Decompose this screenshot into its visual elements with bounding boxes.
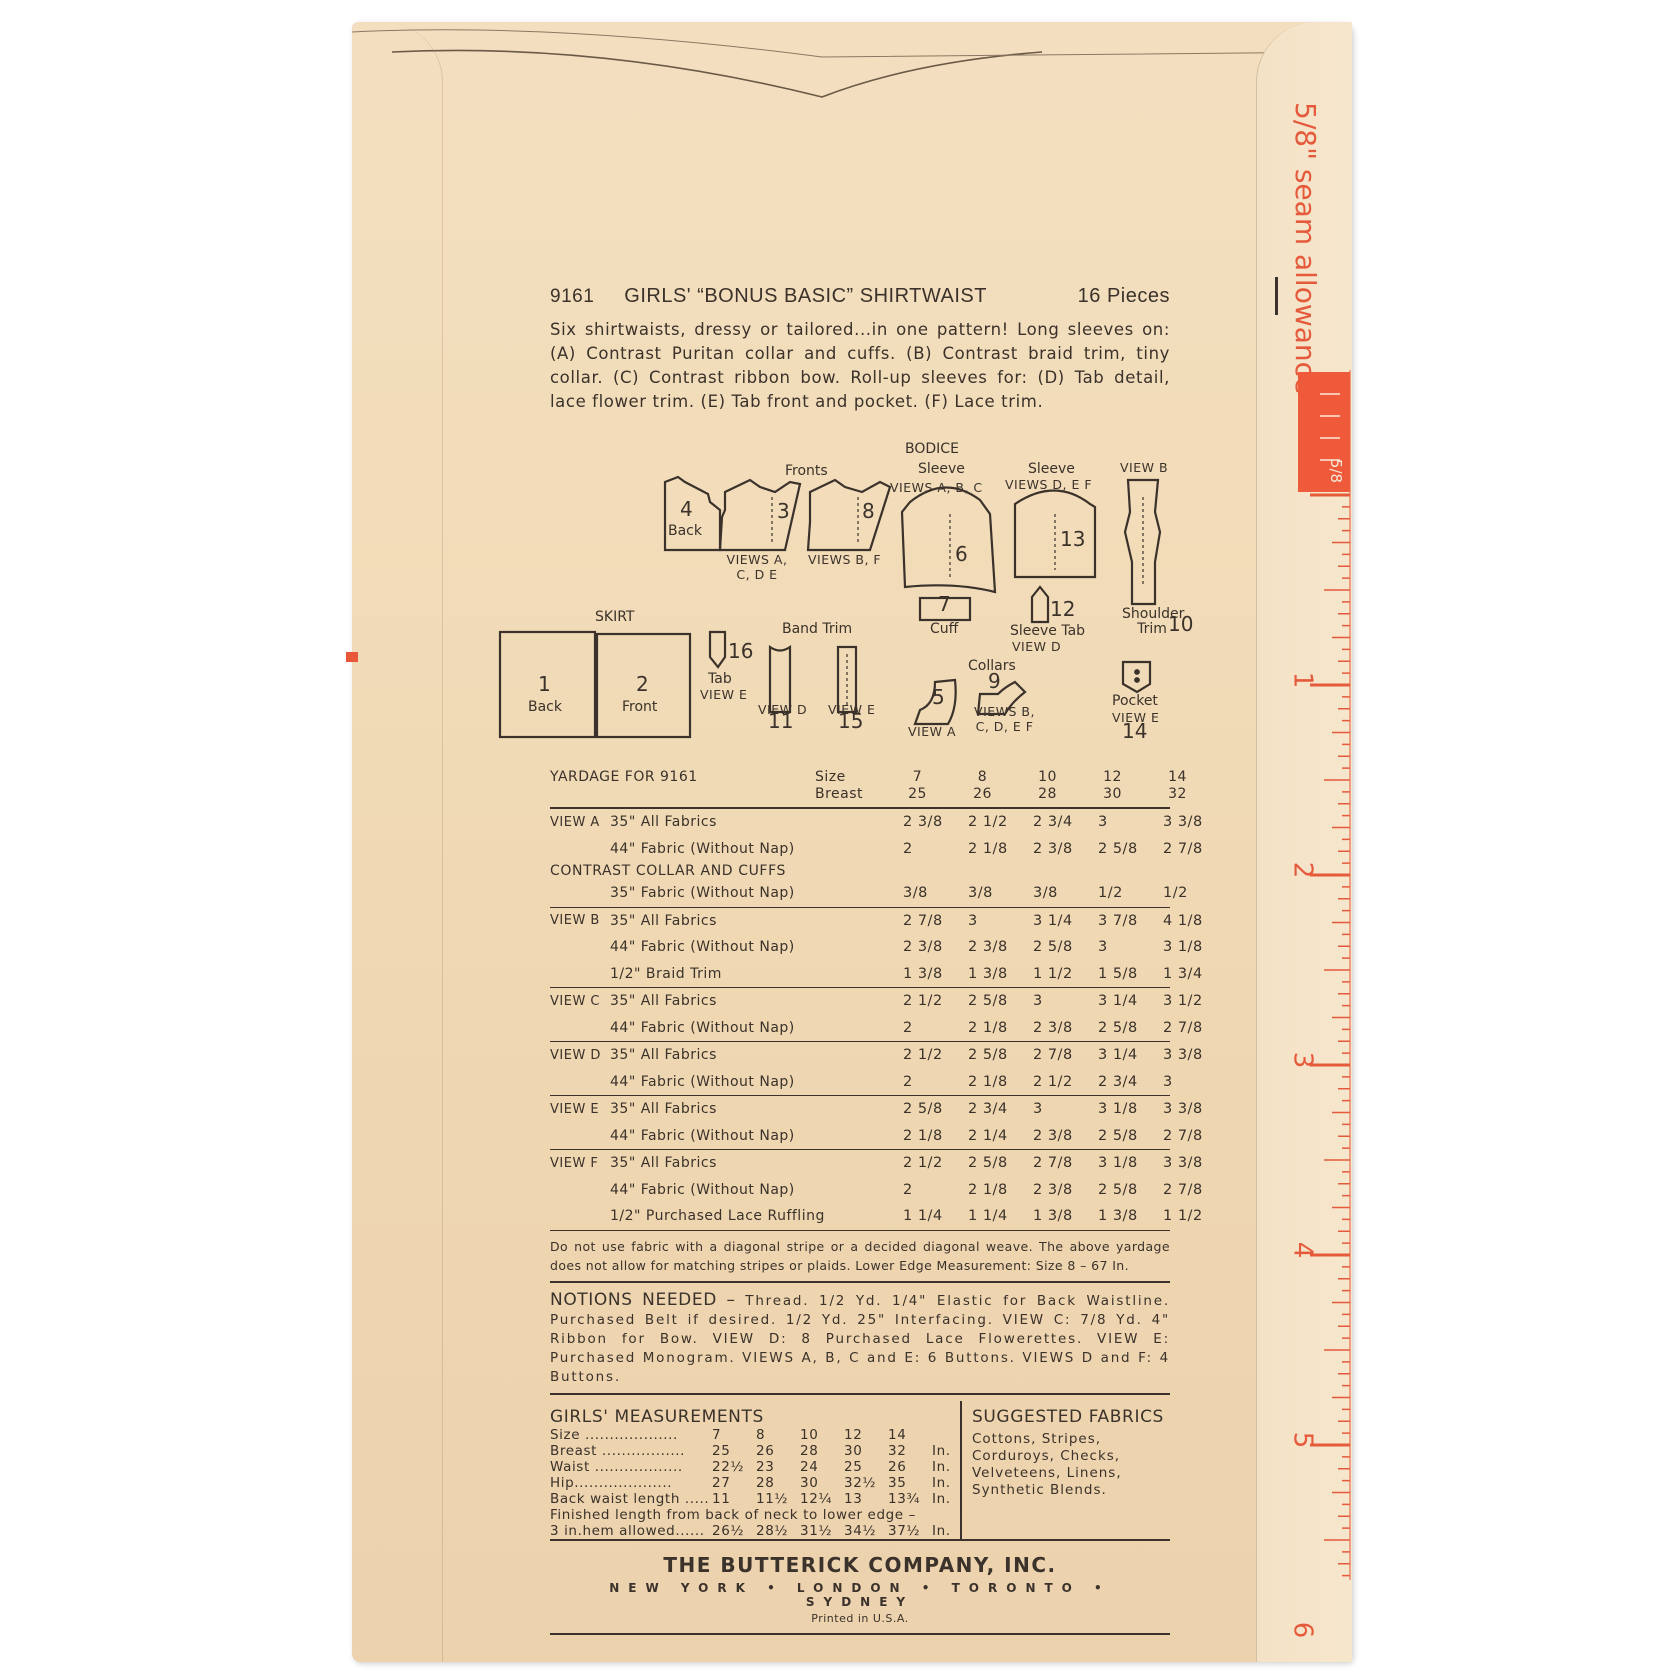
yardage-value: 3/8 [885, 885, 950, 901]
ruler-number: 2 [1287, 862, 1317, 879]
measurement-value: 35 [888, 1475, 932, 1491]
bodice-label: BODICE [905, 442, 959, 457]
fabric-label: 35" All Fabrics [610, 1047, 885, 1063]
size-col-8: 826 [950, 769, 1015, 803]
ruler-number: 4 [1287, 1242, 1317, 1259]
yardage-value: 3 1/4 [1080, 1047, 1145, 1063]
band-trim-label: Band Trim [782, 622, 852, 637]
pattern-title: GIRLS' “BONUS BASIC” SHIRTWAIST [624, 285, 1077, 308]
piece-number-9: 9 [988, 674, 1001, 689]
yardage-value: 1/2 [1145, 885, 1210, 901]
yardage-value: 3 1/8 [1145, 939, 1210, 955]
group-rule [550, 1230, 1170, 1231]
yardage-value: 1 3/8 [1015, 1208, 1080, 1224]
measurement-value: 32½ [844, 1475, 888, 1491]
yardage-value: 2 1/8 [950, 841, 1015, 857]
view-label: VIEW B [550, 913, 610, 928]
yardage-value: 1 1/2 [1145, 1208, 1210, 1224]
measurement-value: 12¼ [800, 1491, 844, 1507]
view-label: VIEW C [550, 994, 610, 1009]
measurement-value: 12 [844, 1427, 888, 1443]
fabric-label: 44" Fabric (Without Nap) [610, 1074, 885, 1090]
yardage-value: 2 5/8 [1080, 841, 1145, 857]
skirt-back-name: Back [528, 700, 562, 715]
yardage-value: 3 3/8 [1145, 814, 1210, 830]
piece-number-14: 14 [1122, 724, 1147, 739]
yardage-value: 2 3/8 [1015, 1020, 1080, 1036]
yardage-value: 2 5/8 [1080, 1020, 1145, 1036]
yardage-value: 2 5/8 [1015, 939, 1080, 955]
fabric-label: 44" Fabric (Without Nap) [610, 1182, 885, 1198]
yardage-value: 1 3/8 [885, 966, 950, 982]
piece-number-3: 3 [777, 504, 790, 519]
company-rule [550, 1633, 1170, 1635]
measurement-row: Back waist length .....1111½12¼1313¾In. [550, 1491, 960, 1507]
sleeve-13-views: VIEWS D, E F [1005, 477, 1092, 492]
yardage-value: 2 5/8 [950, 993, 1015, 1009]
view-label: VIEW F [550, 1156, 610, 1171]
yardage-value: 2 7/8 [1015, 1155, 1080, 1171]
yardage-value: 3 1/8 [1080, 1155, 1145, 1171]
measurement-value: 14 [888, 1427, 932, 1443]
notions-rule [550, 1393, 1170, 1395]
ruler-number: 6 [1287, 1622, 1317, 1639]
size-breast-labels: Size Breast [815, 769, 885, 803]
yardage-value: 1 3/8 [950, 966, 1015, 982]
size-col-10: 1028 [1015, 769, 1080, 803]
yardage-value: 3 3/8 [1145, 1101, 1210, 1117]
company-cities: NEW YORK • LONDON • TORONTO • SYDNEY [550, 1581, 1170, 1609]
pattern-header: 9161 GIRLS' “BONUS BASIC” SHIRTWAIST 16 … [550, 285, 1170, 308]
fabrics-title: SUGGESTED FABRICS [972, 1407, 1170, 1427]
girls-measurements: GIRLS' MEASUREMENTS Size ...............… [550, 1401, 962, 1539]
ruler-ticks [1280, 90, 1360, 1590]
skirt-label: SKIRT [595, 610, 634, 625]
yardage-value: 3 [950, 913, 1015, 929]
fabric-label: 35" Fabric (Without Nap) [610, 885, 885, 901]
measurement-row: Hip....................27283032½35In. [550, 1475, 960, 1491]
yardage-value: 3 [1080, 939, 1145, 955]
measurement-value: 7 [712, 1427, 756, 1443]
measurement-value: 37½ [888, 1523, 932, 1539]
yardage-note: Do not use fabric with a diagonal stripe… [550, 1237, 1170, 1275]
yardage-value: 3 7/8 [1080, 913, 1145, 929]
piece-number-6: 6 [955, 547, 968, 562]
piece-number-12: 12 [1050, 602, 1075, 617]
measurement-value: 13 [844, 1491, 888, 1507]
company-block: THE BUTTERICK COMPANY, INC. NEW YORK • L… [550, 1553, 1170, 1625]
view-label: VIEW E [550, 1102, 610, 1117]
skirt-front-name: Front [622, 700, 657, 715]
yardage-title: YARDAGE FOR 9161 [550, 769, 815, 803]
yardage-value: 2 5/8 [1080, 1182, 1145, 1198]
yardage-value: 2 1/8 [885, 1128, 950, 1144]
tab-name: Tab [708, 672, 732, 687]
piece-number-5: 5 [932, 690, 945, 705]
sleeve-6-name: Sleeve [918, 462, 965, 477]
piece-number-4: 4 [680, 502, 693, 517]
piece-number-10: 10 [1168, 617, 1193, 632]
yardage-value: 2 7/8 [1145, 1128, 1210, 1144]
measurement-row: Waist ..................22½23242526In. [550, 1459, 960, 1475]
measurements-and-fabrics: GIRLS' MEASUREMENTS Size ...............… [550, 1401, 1170, 1539]
measurement-value: 26 [888, 1459, 932, 1475]
measurement-value: 27 [712, 1475, 756, 1491]
yardage-row: 1/2" Braid Trim1 3/81 3/81 1/21 5/81 3/4 [550, 961, 1170, 988]
yardage-value: 1 1/2 [1015, 966, 1080, 982]
measurement-value: 32 [888, 1443, 932, 1459]
measurement-value: 25 [844, 1459, 888, 1475]
measurement-value: 11½ [756, 1491, 800, 1507]
yardage-value: 2 7/8 [1145, 841, 1210, 857]
tab-views: VIEW E [700, 687, 747, 702]
measurement-value: 11 [712, 1491, 756, 1507]
fabric-label: 35" All Fabrics [610, 993, 885, 1009]
yardage-row: VIEW F35" All Fabrics2 1/22 5/82 7/83 1/… [550, 1150, 1170, 1177]
yardage-value: 4 1/8 [1145, 913, 1210, 929]
yardage-row: 35" Fabric (Without Nap)3/83/83/81/21/2 [550, 880, 1170, 907]
yardage-row: 44" Fabric (Without Nap)22 1/82 3/82 5/8… [550, 836, 1170, 863]
yardage-value: 1/2 [1080, 885, 1145, 901]
yardage-value: 2 3/8 [885, 939, 950, 955]
pocket-name: Pocket [1112, 694, 1158, 709]
yardage-value: 2 5/8 [885, 1101, 950, 1117]
fabric-label: 35" All Fabrics [610, 1101, 885, 1117]
yardage-value: 2 1/8 [950, 1182, 1015, 1198]
measurement-value: 8 [756, 1427, 800, 1443]
piece-number-16: 16 [728, 644, 753, 659]
measurement-row: Size ...................78101214 [550, 1427, 960, 1443]
company-name: THE BUTTERICK COMPANY, INC. [550, 1553, 1170, 1577]
measurement-value: 30 [844, 1443, 888, 1459]
piece-number-13: 13 [1060, 532, 1085, 547]
measurement-value: 23 [756, 1459, 800, 1475]
fabric-label: 35" All Fabrics [610, 814, 885, 830]
yardage-value: 2 3/4 [1015, 814, 1080, 830]
collar-9-views: VIEWS B, C, D, E F [972, 704, 1037, 734]
yardage-value: 1 3/8 [1080, 1208, 1145, 1224]
red-edge-mark [346, 652, 358, 662]
suggested-fabrics: SUGGESTED FABRICS Cottons, Stripes, Cord… [962, 1401, 1170, 1539]
fabric-label: 44" Fabric (Without Nap) [610, 1128, 885, 1144]
yardage-row: 44" Fabric (Without Nap)2 1/82 1/42 3/82… [550, 1123, 1170, 1150]
piece-number-2: 2 [636, 677, 649, 692]
measurement-value: 25 [712, 1443, 756, 1459]
size-col-14: 1432 [1145, 769, 1210, 803]
yardage-row: 1/2" Purchased Lace Ruffling1 1/41 1/41 … [550, 1203, 1170, 1230]
yardage-row: VIEW B35" All Fabrics2 7/833 1/43 7/84 1… [550, 908, 1170, 935]
seam-allowance-ruler: 5/8" seam allowance 5/8 123456 [1280, 90, 1360, 1590]
measurement-value: 13¾ [888, 1491, 932, 1507]
sleeve-tab-name: Sleeve Tab [1010, 624, 1085, 639]
yardage-value: 2 3/4 [950, 1101, 1015, 1117]
yardage-value: 2 3/8 [1015, 841, 1080, 857]
yardage-value: 2 [885, 1074, 950, 1090]
printed-in: Printed in U.S.A. [550, 1612, 1170, 1625]
sleeve-6-views: VIEWS A, B, C [890, 480, 983, 495]
size-col-7: 725 [885, 769, 950, 803]
view-label: VIEW D [550, 1048, 610, 1063]
yardage-value: 3 1/8 [1080, 1101, 1145, 1117]
yardage-value: 3 [1080, 814, 1145, 830]
yardage-value: 2 7/8 [1145, 1182, 1210, 1198]
yardage-value: 3 1/2 [1145, 993, 1210, 1009]
yardage-value: 2 3/8 [885, 814, 950, 830]
measurement-value: 26 [756, 1443, 800, 1459]
yardage-value: 2 1/2 [950, 814, 1015, 830]
fabric-label: 44" Fabric (Without Nap) [610, 939, 885, 955]
yardage-header: YARDAGE FOR 9161 Size Breast 725 826 102… [550, 769, 1170, 803]
measurement-value: 31½ [800, 1523, 844, 1539]
measurement-value: 22½ [712, 1459, 756, 1475]
view-label: VIEW A [550, 815, 610, 830]
yardage-value: 2 3/8 [950, 939, 1015, 955]
yardage-row: 44" Fabric (Without Nap)22 1/82 3/82 5/8… [550, 1177, 1170, 1204]
cut-mark [1275, 277, 1278, 315]
envelope-top-fold [352, 22, 1352, 102]
pieces-count: 16 Pieces [1078, 285, 1170, 308]
yardage-value: 3/8 [1015, 885, 1080, 901]
cuff-name: Cuff [930, 622, 958, 637]
yardage-value: 2 1/2 [885, 1047, 950, 1063]
piece-8-views: VIEWS B, F [808, 552, 881, 567]
yardage-value: 2 7/8 [1015, 1047, 1080, 1063]
fabric-label: 1/2" Braid Trim [610, 966, 885, 982]
fabric-label: 35" All Fabrics [610, 913, 885, 929]
yardage-value: 2 1/2 [885, 1155, 950, 1171]
fronts-label: Fronts [785, 464, 828, 479]
yardage-value: 2 [885, 1182, 950, 1198]
yardage-value: 1 5/8 [1080, 966, 1145, 982]
yardage-value: 2 3/8 [1015, 1128, 1080, 1144]
pattern-number: 9161 [550, 286, 594, 308]
fabric-label: 35" All Fabrics [610, 1155, 885, 1171]
measurement-rows: Size ...................78101214Breast .… [550, 1427, 960, 1507]
yardage-row: VIEW A35" All Fabrics2 3/82 1/22 3/433 3… [550, 809, 1170, 836]
measurements-rule [550, 1539, 1170, 1541]
yardage-value: 2 7/8 [885, 913, 950, 929]
yardage-value: 1 3/4 [1145, 966, 1210, 982]
yardage-value: 2 5/8 [1080, 1128, 1145, 1144]
piece-number-1: 1 [538, 677, 551, 692]
yardage-value: 2 7/8 [1145, 1020, 1210, 1036]
piece-3-views: VIEWS A, C, D E [722, 552, 792, 582]
notions-needed: NOTIONS NEEDED – Thread. 1/2 Yd. 1/4" El… [550, 1291, 1170, 1387]
yardage-value: 3 1/4 [1015, 913, 1080, 929]
measurement-row: 3 in.hem allowed......26½28½31½34½37½In. [550, 1523, 960, 1539]
yardage-row: VIEW E35" All Fabrics2 5/82 3/433 1/83 3… [550, 1096, 1170, 1123]
notions-lead: NOTIONS NEEDED – [550, 1290, 736, 1310]
measurement-value: 24 [800, 1459, 844, 1475]
yardage-value: 2 1/8 [950, 1020, 1015, 1036]
yardage-value: 3/8 [950, 885, 1015, 901]
measurement-value: 28½ [756, 1523, 800, 1539]
measurement-value: 26½ [712, 1523, 756, 1539]
fabric-label: 44" Fabric (Without Nap) [610, 1020, 885, 1036]
yardage-row: 44" Fabric (Without Nap)22 1/82 1/22 3/4… [550, 1069, 1170, 1096]
yardage-row: 44" Fabric (Without Nap)2 3/82 3/82 5/83… [550, 934, 1170, 961]
piece-number-7: 7 [938, 597, 951, 612]
yardage-row: VIEW D35" All Fabrics2 1/22 5/82 7/83 1/… [550, 1042, 1170, 1069]
yardage-value: 2 1/4 [950, 1128, 1015, 1144]
contrast-label: CONTRAST COLLAR AND CUFFS [550, 862, 1170, 880]
sleeve-13-name: Sleeve [1028, 462, 1075, 477]
yardage-value: 2 5/8 [950, 1047, 1015, 1063]
yardage-value: 2 1/8 [950, 1074, 1015, 1090]
envelope-left-flap [352, 22, 443, 1662]
fabric-label: 44" Fabric (Without Nap) [610, 841, 885, 857]
piece-name-back-bodice: Back [668, 524, 702, 539]
size-col-12: 1230 [1080, 769, 1145, 803]
ruler-number: 1 [1287, 672, 1317, 689]
yardage-table: VIEW A35" All Fabrics2 3/82 1/22 3/433 3… [550, 809, 1170, 1231]
finished-length-note: Finished length from back of neck to low… [550, 1507, 960, 1523]
yardage-value: 3 [1015, 1101, 1080, 1117]
sleeve-tab-views: VIEW D [1012, 639, 1061, 654]
measurement-value: 10 [800, 1427, 844, 1443]
notes-rule [550, 1281, 1170, 1283]
envelope-back-content: 9161 GIRLS' “BONUS BASIC” SHIRTWAIST 16 … [550, 285, 1170, 1635]
yardage-value: 2 [885, 841, 950, 857]
yardage-row: 44" Fabric (Without Nap)22 1/82 3/82 5/8… [550, 1015, 1170, 1042]
piece-number-8: 8 [862, 504, 875, 519]
fabric-label: 1/2" Purchased Lace Ruffling [610, 1208, 885, 1224]
yardage-value: 3 [1145, 1074, 1210, 1090]
pattern-description: Six shirtwaists, dressy or tailored...in… [550, 318, 1170, 414]
measurement-value: 30 [800, 1475, 844, 1491]
shoulder-trim-views: VIEW B [1120, 460, 1168, 475]
piece-number-11: 11 [768, 714, 793, 729]
yardage-value: 3 [1015, 993, 1080, 1009]
collar-5-views: VIEW A [908, 724, 956, 739]
fabrics-list: Cottons, Stripes, Corduroys, Checks, Vel… [972, 1431, 1170, 1499]
yardage-value: 2 1/2 [1015, 1074, 1080, 1090]
finished-length-row: 3 in.hem allowed......26½28½31½34½37½In. [550, 1523, 960, 1539]
measurement-value: 28 [756, 1475, 800, 1491]
ruler-number: 5 [1287, 1432, 1317, 1449]
yardage-value: 2 [885, 1020, 950, 1036]
yardage-value: 2 3/8 [1015, 1182, 1080, 1198]
pattern-pieces-diagram: BODICE Fronts Sleeve VIEWS A, B, C Sleev… [550, 422, 1170, 767]
yardage-value: 3 1/4 [1080, 993, 1145, 1009]
yardage-value: 3 3/8 [1145, 1047, 1210, 1063]
measurements-title: GIRLS' MEASUREMENTS [550, 1407, 960, 1427]
ruler-number: 3 [1287, 1052, 1317, 1069]
yardage-value: 1 1/4 [885, 1208, 950, 1224]
yardage-value: 2 5/8 [950, 1155, 1015, 1171]
yardage-row: VIEW C35" All Fabrics2 1/22 5/833 1/43 1… [550, 988, 1170, 1015]
measurement-value: 34½ [844, 1523, 888, 1539]
measurement-value: 28 [800, 1443, 844, 1459]
yardage-value: 1 1/4 [950, 1208, 1015, 1224]
measurement-row: Breast .................2526283032In. [550, 1443, 960, 1459]
yardage-value: 2 1/2 [885, 993, 950, 1009]
yardage-value: 2 3/4 [1080, 1074, 1145, 1090]
piece-number-15: 15 [838, 714, 863, 729]
yardage-value: 3 3/8 [1145, 1155, 1210, 1171]
